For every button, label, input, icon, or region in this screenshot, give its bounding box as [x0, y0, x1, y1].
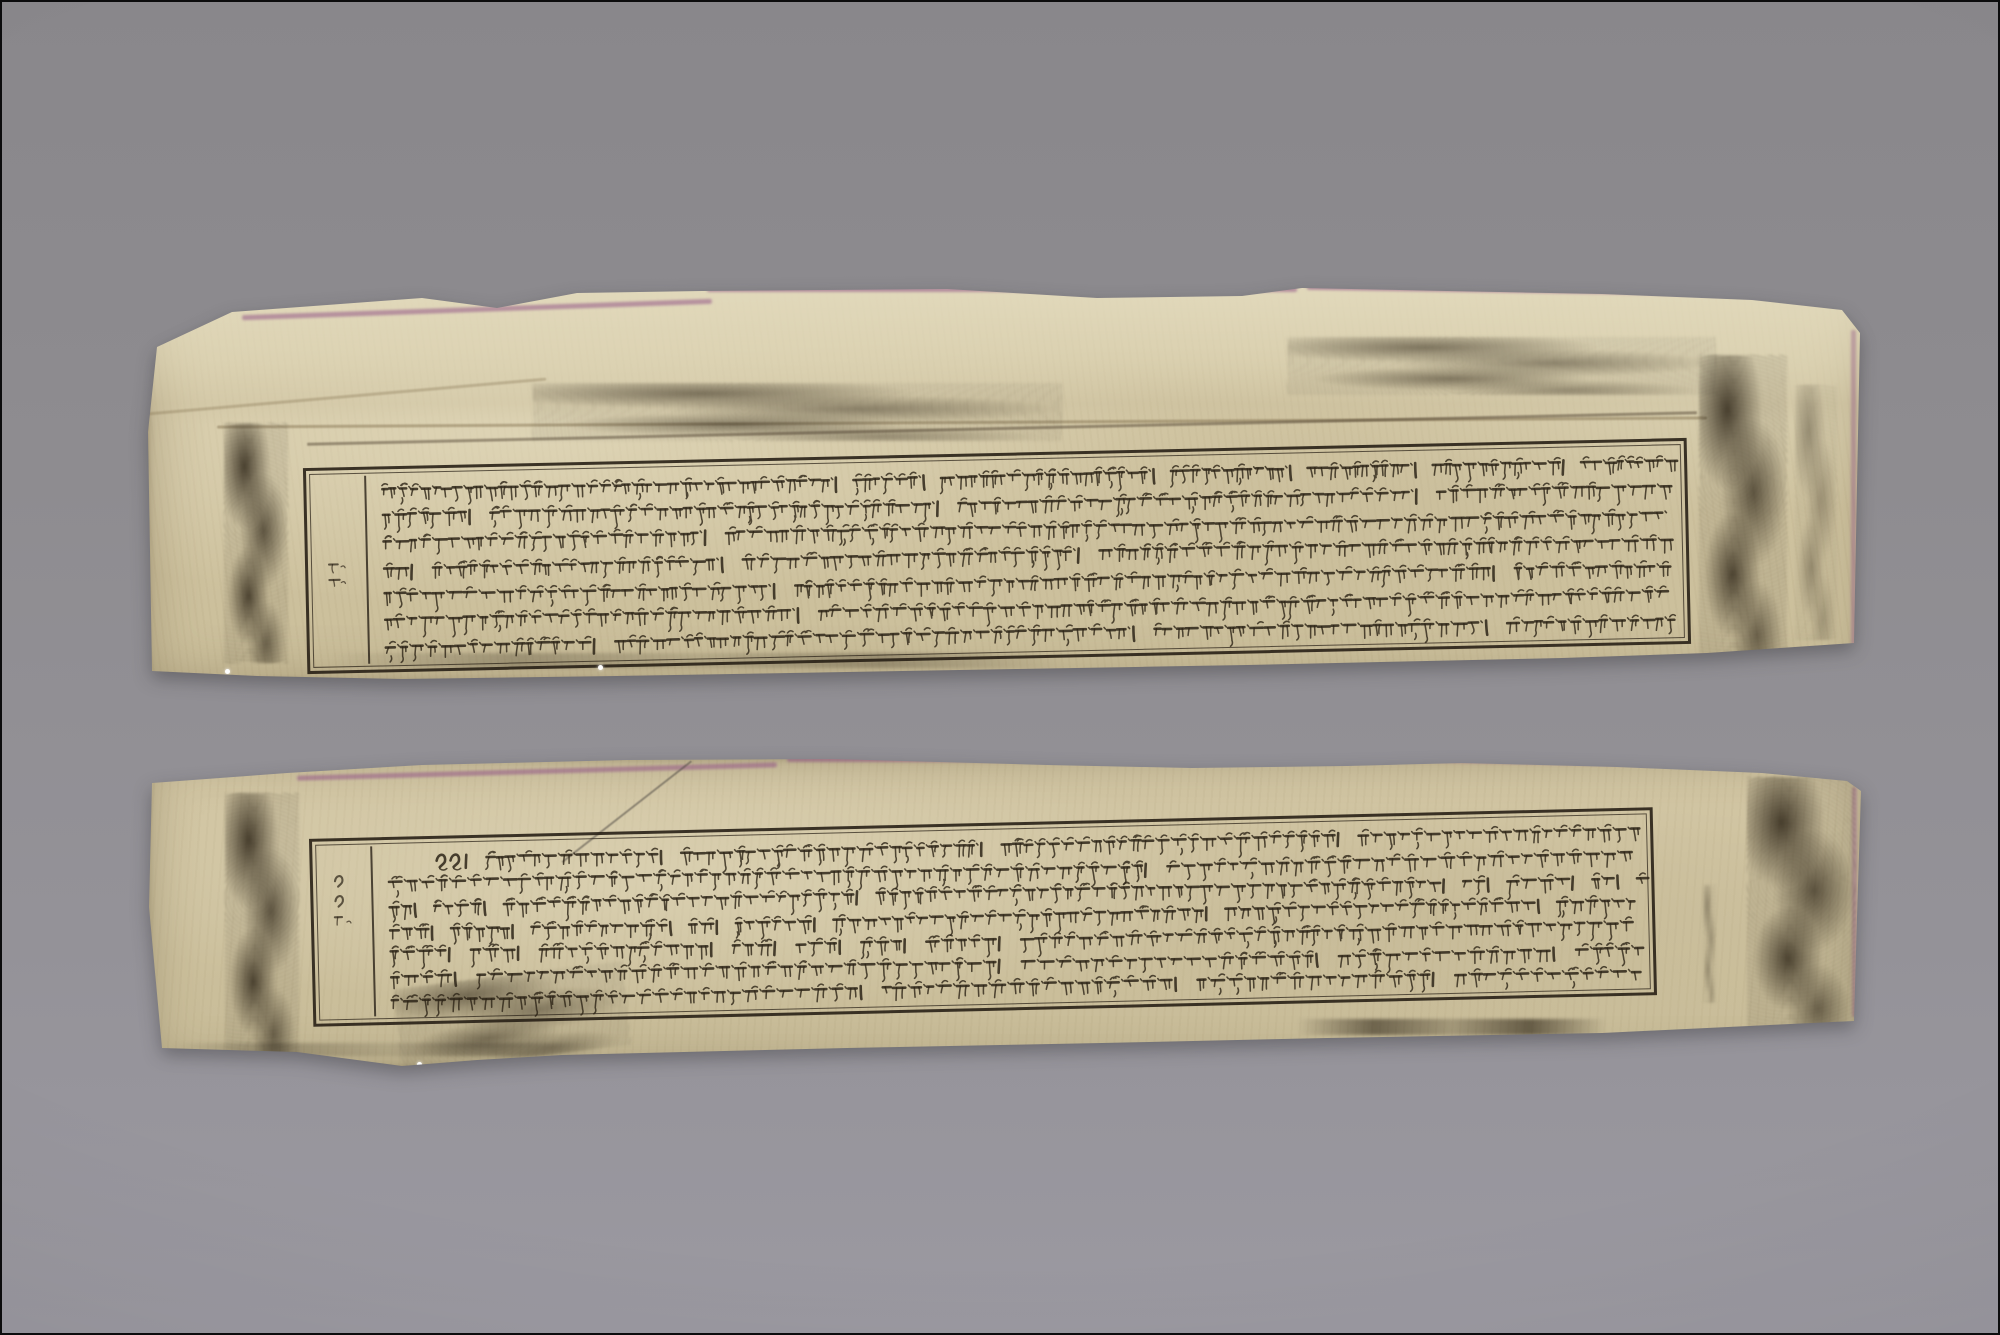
edge-dye-tint	[297, 762, 777, 780]
edge-dye-tint	[707, 287, 1297, 292]
edge-dye-tint	[242, 299, 712, 320]
paper-speck	[1595, 661, 1600, 666]
paper-surface-upper	[147, 285, 1867, 683]
text-block-upper	[380, 452, 1672, 660]
ink-smudge-band	[224, 423, 288, 663]
margin-column	[318, 846, 376, 1017]
paper-surface-lower	[147, 757, 1867, 1069]
photo-frame	[0, 0, 2000, 1335]
paper-speck	[417, 1062, 422, 1067]
ink-smudge-band	[1747, 777, 1855, 1029]
edge-dye-tint	[1437, 757, 1857, 769]
text-frame-lower	[309, 807, 1657, 1027]
text-block-lower	[386, 822, 1637, 1013]
edge-dye-tint	[1307, 285, 1757, 296]
paper-speck	[225, 669, 230, 674]
ink-smudge-band	[225, 793, 299, 1055]
manuscript-leaf-upper	[147, 285, 1867, 683]
ink-smudge-band	[1699, 355, 1787, 660]
paper-crease	[148, 378, 547, 415]
edge-dye-tint	[787, 757, 1437, 762]
manuscript-leaf-lower	[147, 757, 1867, 1069]
ink-smudge-band	[1287, 337, 1717, 395]
paper-speck	[598, 665, 603, 670]
edge-dye-tint	[1851, 330, 1856, 645]
ink-smudge-band	[1795, 385, 1837, 640]
ink-smudge-streak	[1297, 1019, 1607, 1035]
ink-smudge-streak	[172, 1043, 602, 1056]
text-frame-upper	[303, 438, 1691, 674]
ink-smudge-band	[1703, 885, 1716, 1003]
margin-column	[312, 476, 370, 665]
